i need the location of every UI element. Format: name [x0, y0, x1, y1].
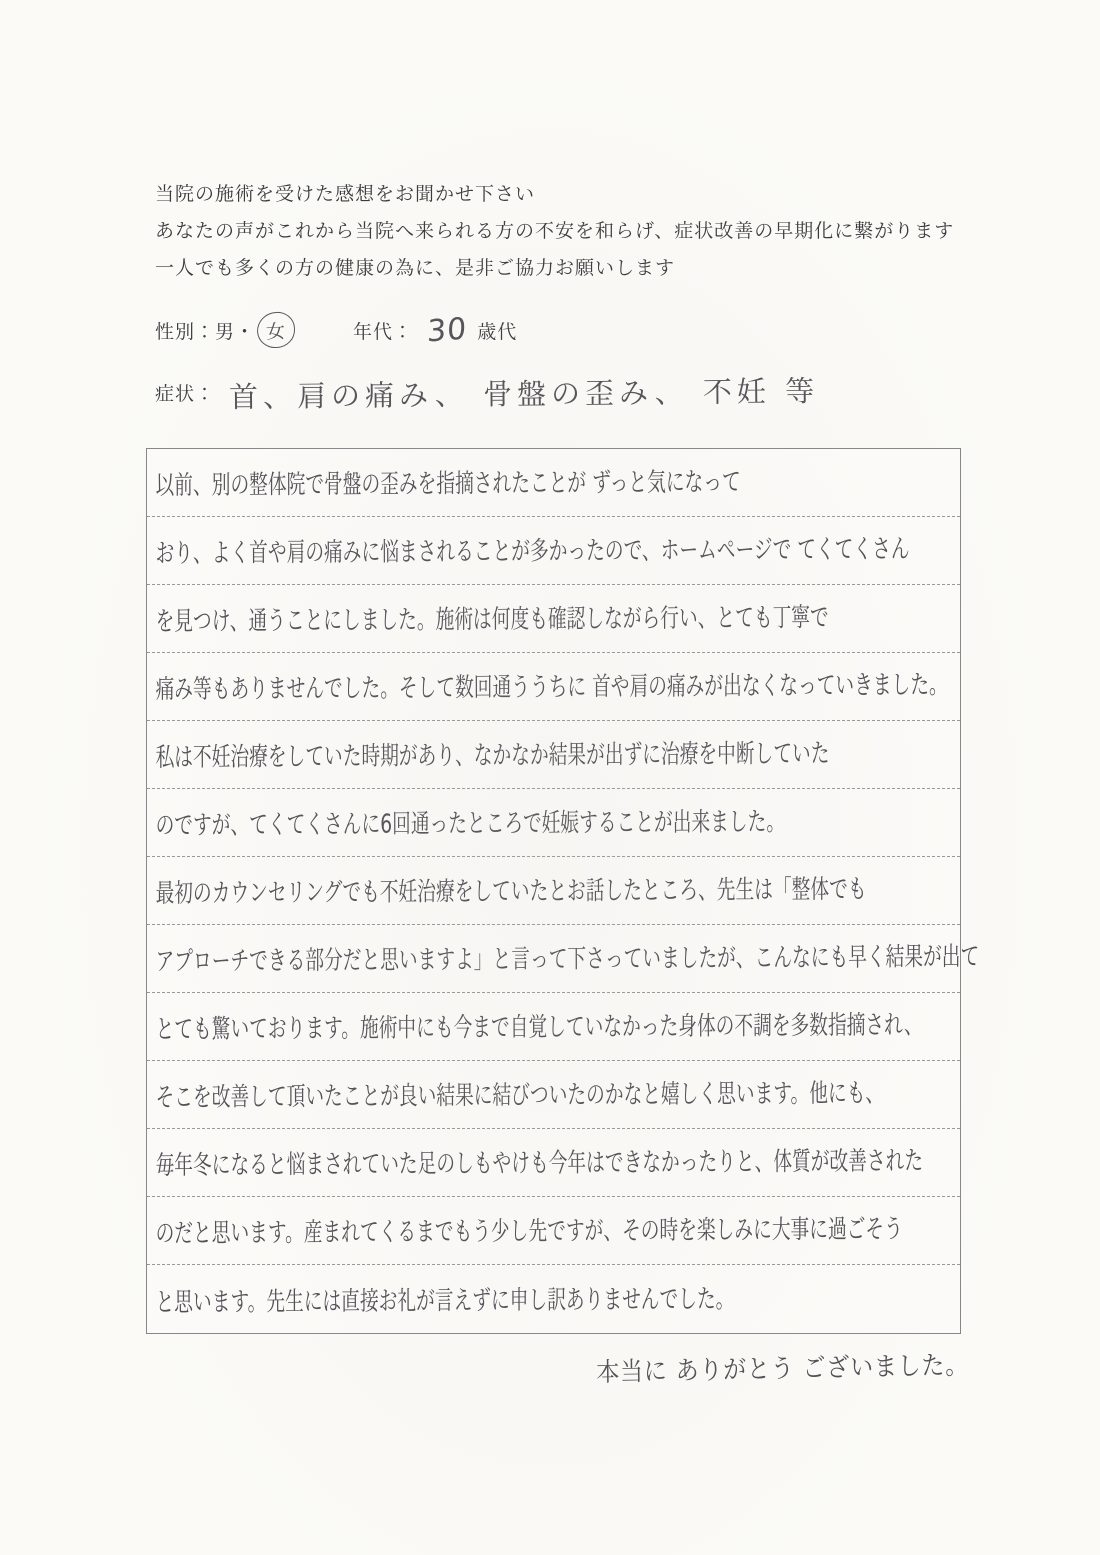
testimonial-row: と思います。先生には直接お礼が言えずに申し訳ありませんでした。: [147, 1265, 960, 1333]
age-suffix: 歳代: [477, 317, 517, 344]
profile-row: 性別： 男 ・ 女 年代： 30 歳代: [155, 312, 517, 348]
testimonial-row: おり、よく首や肩の痛みに悩まされることが多かったので、ホームページで てくてくさ…: [147, 517, 960, 585]
testimonial-line-5: 私は不妊治療をしていた時期があり、なかなか結果が出ずに治療を中断していた: [147, 741, 830, 788]
testimonial-line-9: とても驚いております。施術中にも今まで自覚していなかった身体の不調を多数指摘され…: [147, 1012, 923, 1060]
gender-separator-dot: ・: [235, 317, 255, 344]
gender-option-female-circled: 女: [256, 311, 296, 349]
testimonial-line-4: 痛み等もありませんでした。そして数回通ううちに 首や肩の痛みが出なくなっていきま…: [147, 672, 948, 720]
testimonial-row: のだと思います。産まれてくるまでもう少し先ですが、その時を楽しみに大事に過ごそう: [147, 1197, 960, 1265]
testimonial-row: 以前、別の整体院で骨盤の歪みを指摘されたことが ずっと気になって: [147, 449, 960, 517]
testimonial-line-12: のだと思います。産まれてくるまでもう少し先ですが、その時を楽しみに大事に過ごそう: [147, 1216, 903, 1264]
testimonial-line-3: を見つけ、通うことにしました。施術は何度も確認しながら行い、とても丁寧で: [147, 605, 829, 652]
gender-label: 性別：: [155, 317, 215, 344]
symptom-row: 症状： 首、肩の痛み、 骨盤の歪み、 不妊 等: [155, 372, 819, 413]
testimonial-line-7: 最初のカウンセリングでも不妊治療をしていたとお話したところ、先生は「整体でも: [147, 877, 867, 924]
testimonial-line-10: そこを改善して頂いたことが良い結果に結びついたのかなと嬉しく思います。他にも、: [147, 1081, 884, 1128]
closing-thanks-handwritten: 本当に ありがとう ございました。: [596, 1345, 969, 1389]
testimonial-row: アプローチできる部分だと思いますよ」と言って下さっていましたが、こんなにも早く結…: [147, 925, 960, 993]
testimonial-line-8: アプローチできる部分だと思いますよ」と言って下さっていましたが、こんなにも早く結…: [147, 944, 979, 992]
intro-text-block: 当院の施術を受けた感想をお聞かせ下さい あなたの声がこれから当院へ来られる方の不…: [155, 176, 985, 287]
age-value-handwritten: 30: [426, 311, 467, 349]
age-group: 年代： 30 歳代: [353, 313, 517, 348]
intro-line-3: 一人でも多くの方の健康の為に、是非ご協力お願いします: [155, 250, 985, 287]
gender-female-label: 女: [265, 316, 286, 344]
testimonial-line-6: のですが、てくてくさんに6回通ったところで妊娠することが出来ました。: [147, 809, 785, 856]
testimonial-line-2: おり、よく首や肩の痛みに悩まされることが多かったので、ホームページで てくてくさ…: [147, 536, 910, 584]
age-label: 年代：: [353, 317, 413, 344]
intro-line-2: あなたの声がこれから当院へ来られる方の不安を和らげ、症状改善の早期化に繋がります: [155, 213, 985, 250]
symptom-label: 症状：: [155, 379, 215, 406]
testimonial-line-1: 以前、別の整体院で骨盤の歪みを指摘されたことが ずっと気になって: [147, 469, 741, 516]
testimonial-box: 以前、別の整体院で骨盤の歪みを指摘されたことが ずっと気になって おり、よく首や…: [146, 448, 961, 1334]
testimonial-line-11: 毎年冬になると悩まされていた足のしもやけも今年はできなかったりと、体質が改善され…: [147, 1148, 923, 1196]
testimonial-row: そこを改善して頂いたことが良い結果に結びついたのかなと嬉しく思います。他にも、: [147, 1061, 960, 1129]
testimonial-row: 毎年冬になると悩まされていた足のしもやけも今年はできなかったりと、体質が改善され…: [147, 1129, 960, 1197]
testimonial-row: を見つけ、通うことにしました。施術は何度も確認しながら行い、とても丁寧で: [147, 585, 960, 653]
testimonial-row: 最初のカウンセリングでも不妊治療をしていたとお話したところ、先生は「整体でも: [147, 857, 960, 925]
testimonial-row: とても驚いております。施術中にも今まで自覚していなかった身体の不調を多数指摘され…: [147, 993, 960, 1061]
testimonial-row: 私は不妊治療をしていた時期があり、なかなか結果が出ずに治療を中断していた: [147, 721, 960, 789]
testimonial-row: 痛み等もありませんでした。そして数回通ううちに 首や肩の痛みが出なくなっていきま…: [147, 653, 960, 721]
testimonial-line-13: と思います。先生には直接お礼が言えずに申し訳ありませんでした。: [147, 1286, 735, 1333]
gender-option-male: 男: [215, 317, 235, 344]
testimonial-row: のですが、てくてくさんに6回通ったところで妊娠することが出来ました。: [147, 789, 960, 857]
intro-line-1: 当院の施術を受けた感想をお聞かせ下さい: [155, 176, 985, 213]
symptom-value-handwritten: 首、肩の痛み、 骨盤の歪み、 不妊 等: [229, 369, 820, 416]
scanned-feedback-form: 当院の施術を受けた感想をお聞かせ下さい あなたの声がこれから当院へ来られる方の不…: [0, 0, 1100, 1555]
